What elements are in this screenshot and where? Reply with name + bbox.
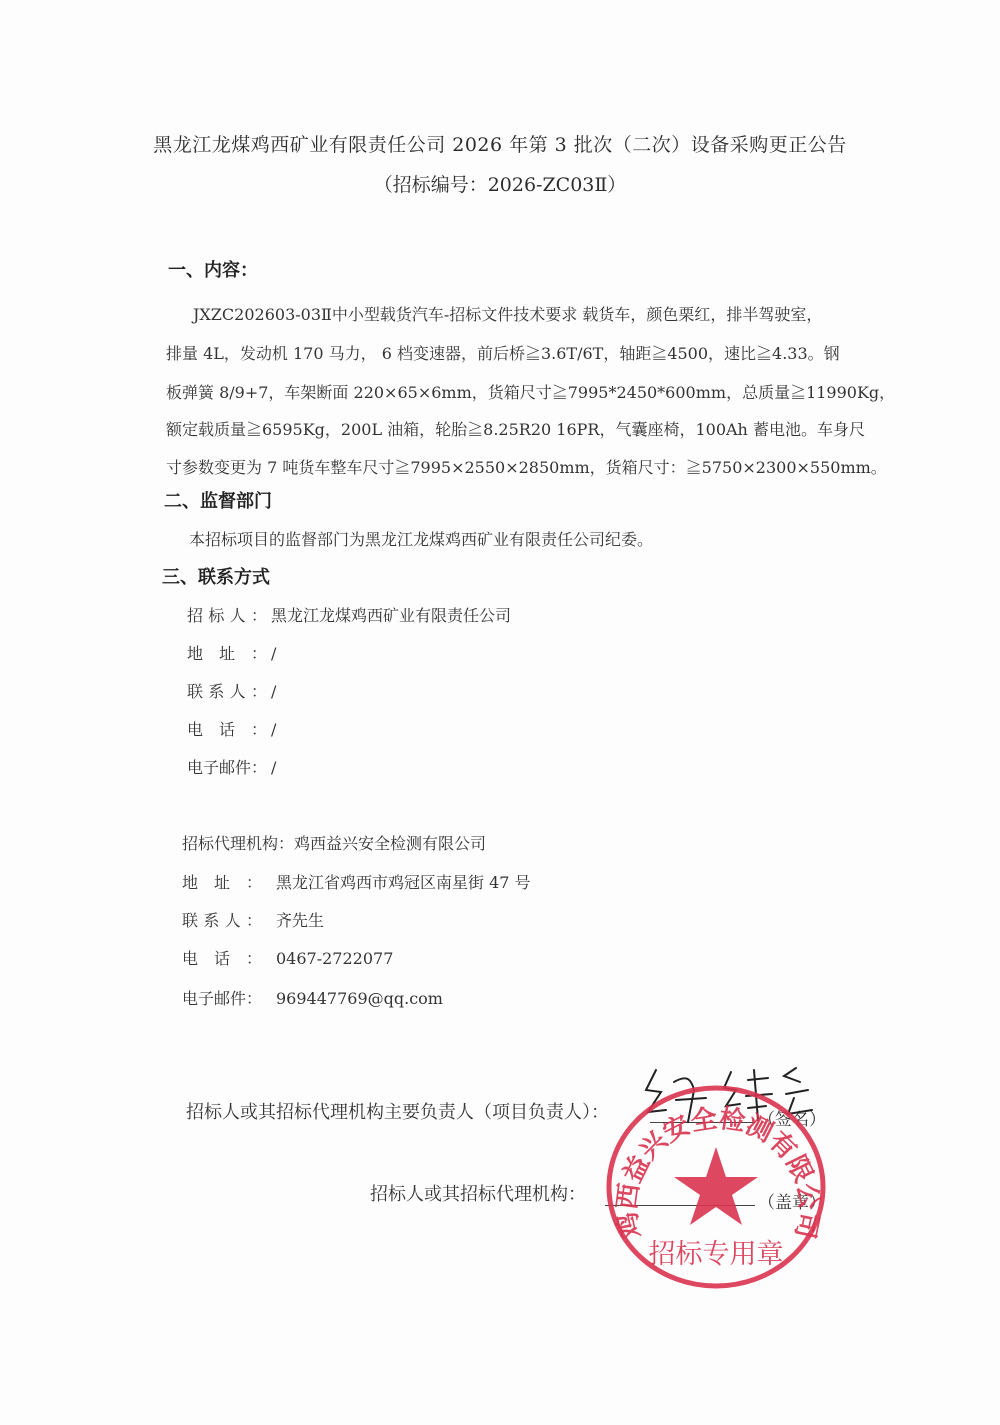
section-heading-contact: 三、联系方式: [162, 563, 270, 589]
tender-number: （招标编号：2026-ZC03Ⅱ）: [0, 170, 1000, 197]
supervision-text: 本招标项目的监督部门为黑龙江龙煤鸡西矿业有限责任公司纪委。: [189, 527, 653, 550]
content-line-1: JXZC202603-03Ⅱ中小型载货汽车-招标文件技术要求 载货车，颜色栗红，…: [193, 302, 822, 325]
content-line-3: 板弹簧 8/9+7，车架断面 220×65×6mm，货箱尺寸≧7995*2450…: [166, 380, 895, 403]
section-heading-supervision: 二、监督部门: [164, 487, 272, 513]
agency-contact: 联系人：齐先生: [182, 908, 324, 931]
content-line-4: 额定载质量≧6595Kg，200L 油箱，轮胎≧8.25R20 16PR，气囊座…: [166, 417, 865, 440]
agency-address: 地址：黑龙江省鸡西市鸡冠区南星街 47 号: [182, 870, 531, 893]
seal-bottom-text: 招标专用章: [649, 1239, 784, 1270]
document-title: 黑龙江龙煤鸡西矿业有限责任公司 2026 年第 3 批次（二次）设备采购更正公告: [0, 130, 1000, 157]
agency-seal-label: 招标人或其招标代理机构：: [370, 1180, 586, 1206]
responsible-person-label: 招标人或其招标代理机构主要负责人（项目负责人）：: [186, 1098, 609, 1124]
agency-email: 电子邮件：969447769@qq.com: [182, 986, 443, 1009]
tenderer-phone: 电话：/: [187, 717, 276, 740]
agency-name: 招标代理机构：鸡西益兴安全检测有限公司: [182, 831, 486, 854]
content-line-5: 寸参数变更为 7 吨货车整车尺寸≧7995×2550×2850mm，货箱尺寸：≧…: [166, 455, 887, 478]
section-heading-content: 一、内容：: [168, 256, 258, 282]
tenderer-email: 电子邮件：/: [187, 755, 276, 778]
tenderer-name: 招标人：黑龙江龙煤鸡西矿业有限责任公司: [187, 603, 511, 626]
agency-phone: 电话：0467-2722077: [182, 946, 393, 969]
tenderer-contact: 联系人：/: [187, 679, 276, 702]
official-seal-icon: 鸡西益兴安全检测有限公司 招标专用章: [605, 1085, 827, 1290]
document-page: 黑龙江龙煤鸡西矿业有限责任公司 2026 年第 3 批次（二次）设备采购更正公告…: [0, 0, 1000, 1425]
content-line-2: 排量 4L，发动机 170 马力， 6 档变速器，前后桥≧3.6T/6T，轴距≧…: [166, 341, 840, 364]
tenderer-address: 地址：/: [187, 641, 276, 664]
